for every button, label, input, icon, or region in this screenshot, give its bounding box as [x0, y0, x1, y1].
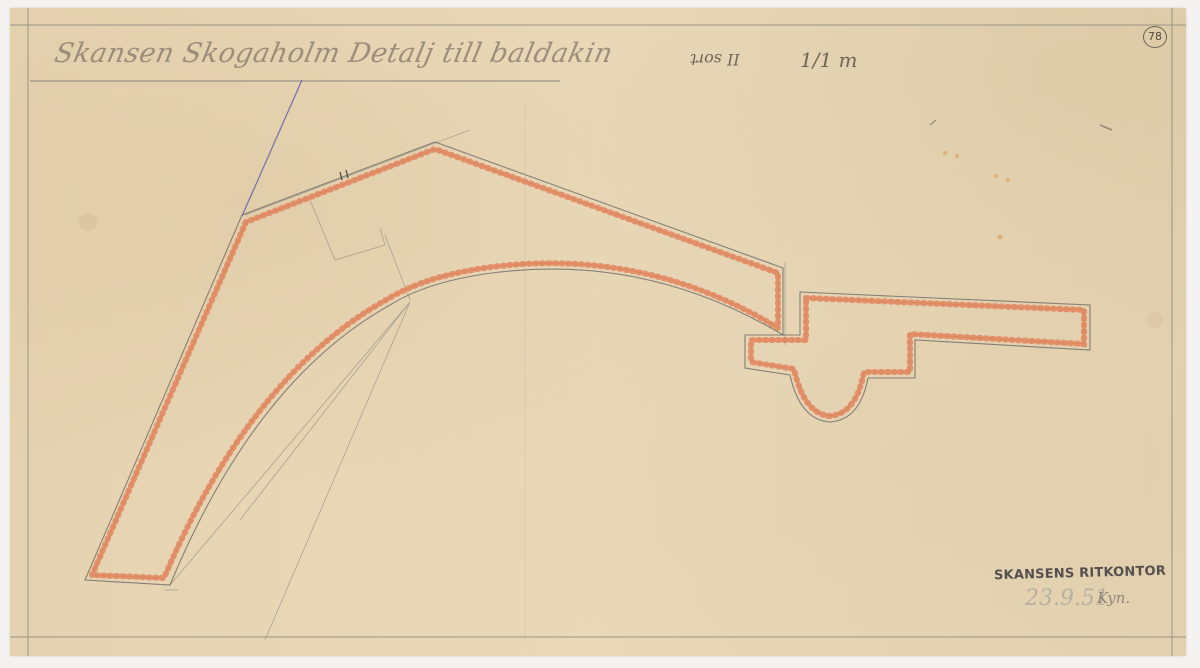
scale-note: 1/1 m	[800, 48, 858, 72]
arch-bracket-scallop	[92, 149, 778, 578]
profile-piece-scallop	[751, 298, 1084, 416]
profile-piece-scallop-line	[751, 298, 1084, 416]
frame-border-lines	[10, 8, 1186, 656]
tick-marks	[340, 170, 348, 180]
profile-piece-outline	[745, 292, 1090, 422]
stamp-signature: Kyn.	[1097, 589, 1130, 607]
paper-stains	[79, 120, 1163, 328]
rotated-note: II sort	[690, 50, 740, 69]
drawing-title: Skansen Skogaholm Detalj till baldakin	[52, 38, 616, 69]
sheet-number-badge: 78	[1143, 26, 1167, 48]
